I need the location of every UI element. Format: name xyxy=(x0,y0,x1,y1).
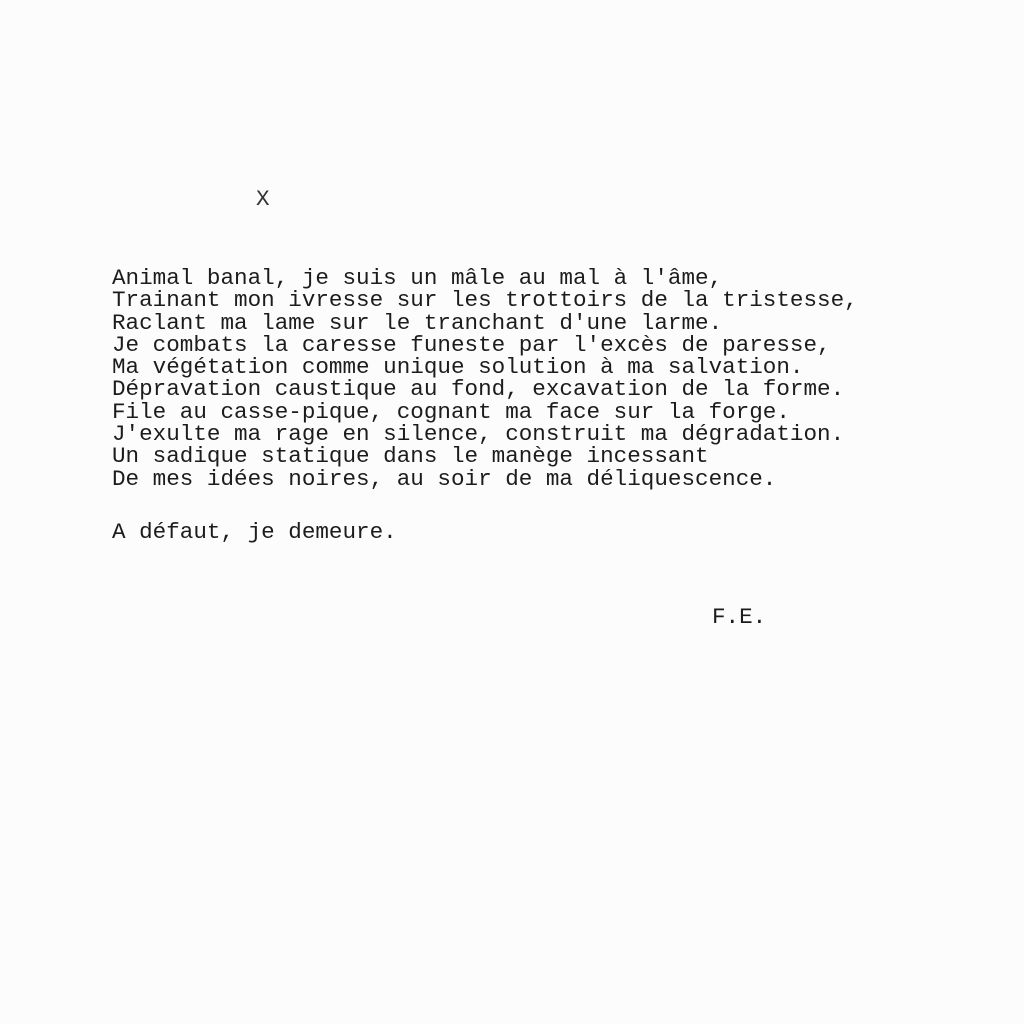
poem-line: De mes idées noires, au soir de ma déliq… xyxy=(112,468,858,490)
poem-line: Ma végétation comme unique solution à ma… xyxy=(112,356,858,378)
author-signature: F.E. xyxy=(712,604,766,630)
typewritten-page: X Animal banal, je suis un mâle au mal à… xyxy=(0,0,1024,1024)
closing-line: A défaut, je demeure. xyxy=(112,519,397,545)
poem-line: Raclant ma lame sur le tranchant d'une l… xyxy=(112,312,858,334)
poem-stanza: Animal banal, je suis un mâle au mal à l… xyxy=(112,267,858,490)
poem-line: Dépravation caustique au fond, excavatio… xyxy=(112,378,858,400)
poem-line: File au casse-pique, cognant ma face sur… xyxy=(112,401,858,423)
poem-line: Trainant mon ivresse sur les trottoirs d… xyxy=(112,289,858,311)
section-numeral: X xyxy=(256,186,270,212)
poem-line: J'exulte ma rage en silence, construit m… xyxy=(112,423,858,445)
poem-line: Un sadique statique dans le manège inces… xyxy=(112,445,858,467)
poem-line: Je combats la caresse funeste par l'excè… xyxy=(112,334,858,356)
poem-line: Animal banal, je suis un mâle au mal à l… xyxy=(112,267,858,289)
